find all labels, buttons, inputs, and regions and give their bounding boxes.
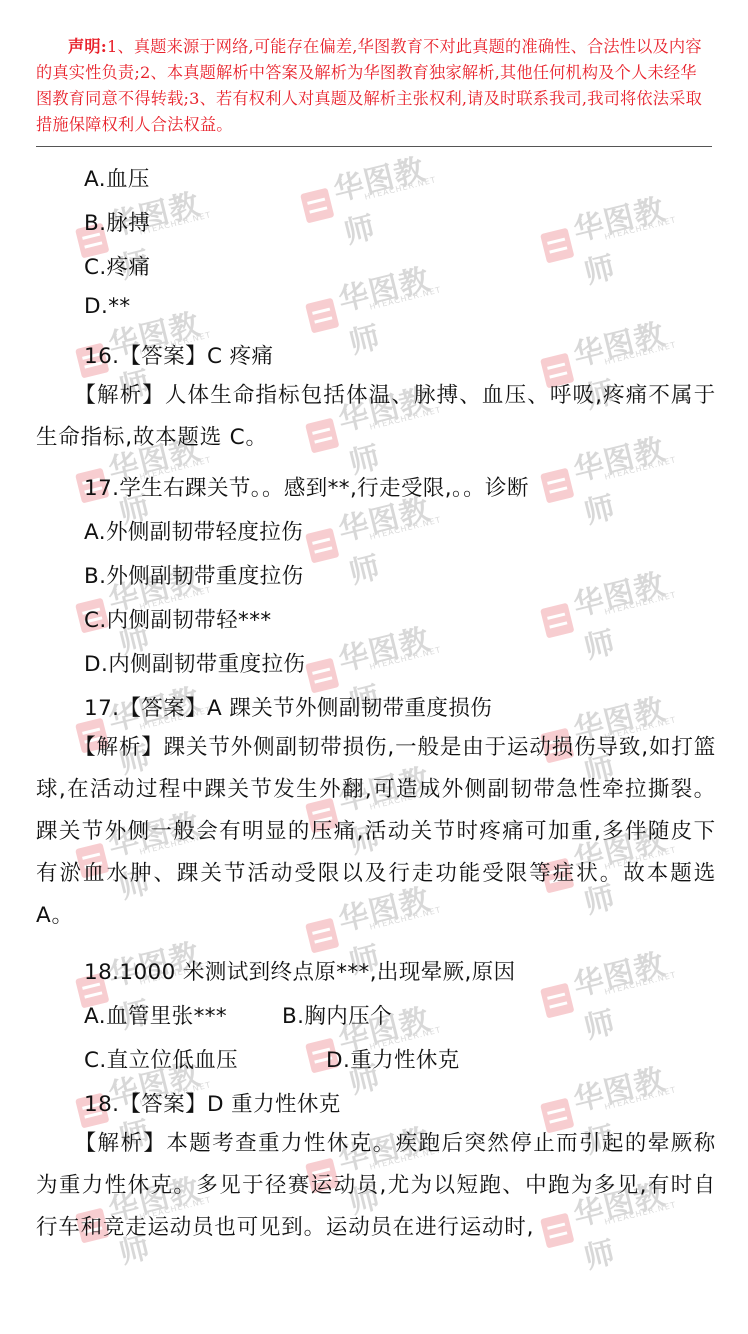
q18-option-c: C.直立位低血压 — [84, 1043, 238, 1074]
disclaimer-text: 1、真题来源于网络,可能存在偏差,华图教育不对此真题的准确性、合法性以及内容的真… — [36, 37, 702, 134]
watermark: 华图教师HTEACHER.NET — [294, 133, 456, 237]
q18-option-b: B.胸内压个 — [282, 999, 392, 1030]
q18-question: 18.1000 米测试到终点原***,出现晕厥,原因 — [84, 955, 516, 986]
q17-analysis: 【解析】踝关节外侧副韧带损伤,一般是由于运动损伤导致,如打篮球,在活动过程中踝关… — [36, 727, 716, 937]
q18-option-a: A.血管里张*** — [84, 999, 227, 1030]
q18-analysis: 【解析】本题考查重力性休克。疾跑后突然停止而引起的晕厥称为重力性休克。多见于径赛… — [36, 1123, 716, 1249]
disclaimer: 声明:1、真题来源于网络,可能存在偏差,华图教育不对此真题的准确性、合法性以及内… — [36, 34, 712, 138]
q18-option-d: D.重力性休克 — [326, 1043, 460, 1074]
disclaimer-lead: 声明: — [68, 37, 107, 56]
watermark-logo-icon — [300, 188, 334, 224]
q16-analysis: 【解析】人体生命指标包括体温、脉搏、血压、呼吸,疼痛不属于生命指标,故本题选 C… — [36, 375, 716, 459]
watermark-logo-icon — [305, 658, 339, 694]
document-page: 华图教师HTEACHER.NET 华图教师HTEACHER.NET 华图教师HT… — [0, 0, 748, 1334]
watermark-logo-icon — [305, 528, 339, 564]
watermark-logo-icon — [540, 983, 574, 1019]
q17-option-b: B.外侧副韧带重度拉伤 — [84, 559, 304, 590]
q18-answer: 18.【答案】D 重力性休克 — [84, 1087, 341, 1118]
watermark: 华图教师HTEACHER.NET — [299, 243, 461, 347]
q16-option-c: C.疼痛 — [84, 250, 150, 281]
q17-answer: 17.【答案】A 踝关节外侧副韧带重度损伤 — [84, 691, 492, 722]
watermark-logo-icon — [540, 228, 574, 264]
q16-option-d: D.** — [84, 294, 131, 319]
header-divider — [36, 146, 712, 147]
q17-question: 17.学生右踝关节。。感到**,行走受限,。。诊断 — [84, 471, 529, 502]
q17-option-c: C.内侧副韧带轻*** — [84, 603, 272, 634]
watermark: 华图教师HTEACHER.NET — [534, 173, 696, 277]
q17-option-d: D.内侧副韧带重度拉伤 — [84, 647, 305, 678]
watermark: 华图教师HTEACHER.NET — [534, 928, 696, 1032]
q16-option-b: B.脉搏 — [84, 206, 150, 237]
watermark-logo-icon — [305, 298, 339, 334]
watermark-logo-icon — [540, 603, 574, 639]
watermark-logo-icon — [540, 468, 574, 504]
q16-option-a: A.血压 — [84, 162, 150, 193]
q17-option-a: A.外侧副韧带轻度拉伤 — [84, 515, 303, 546]
watermark: 华图教师HTEACHER.NET — [534, 548, 696, 652]
q16-answer: 16.【答案】C 疼痛 — [84, 339, 273, 370]
